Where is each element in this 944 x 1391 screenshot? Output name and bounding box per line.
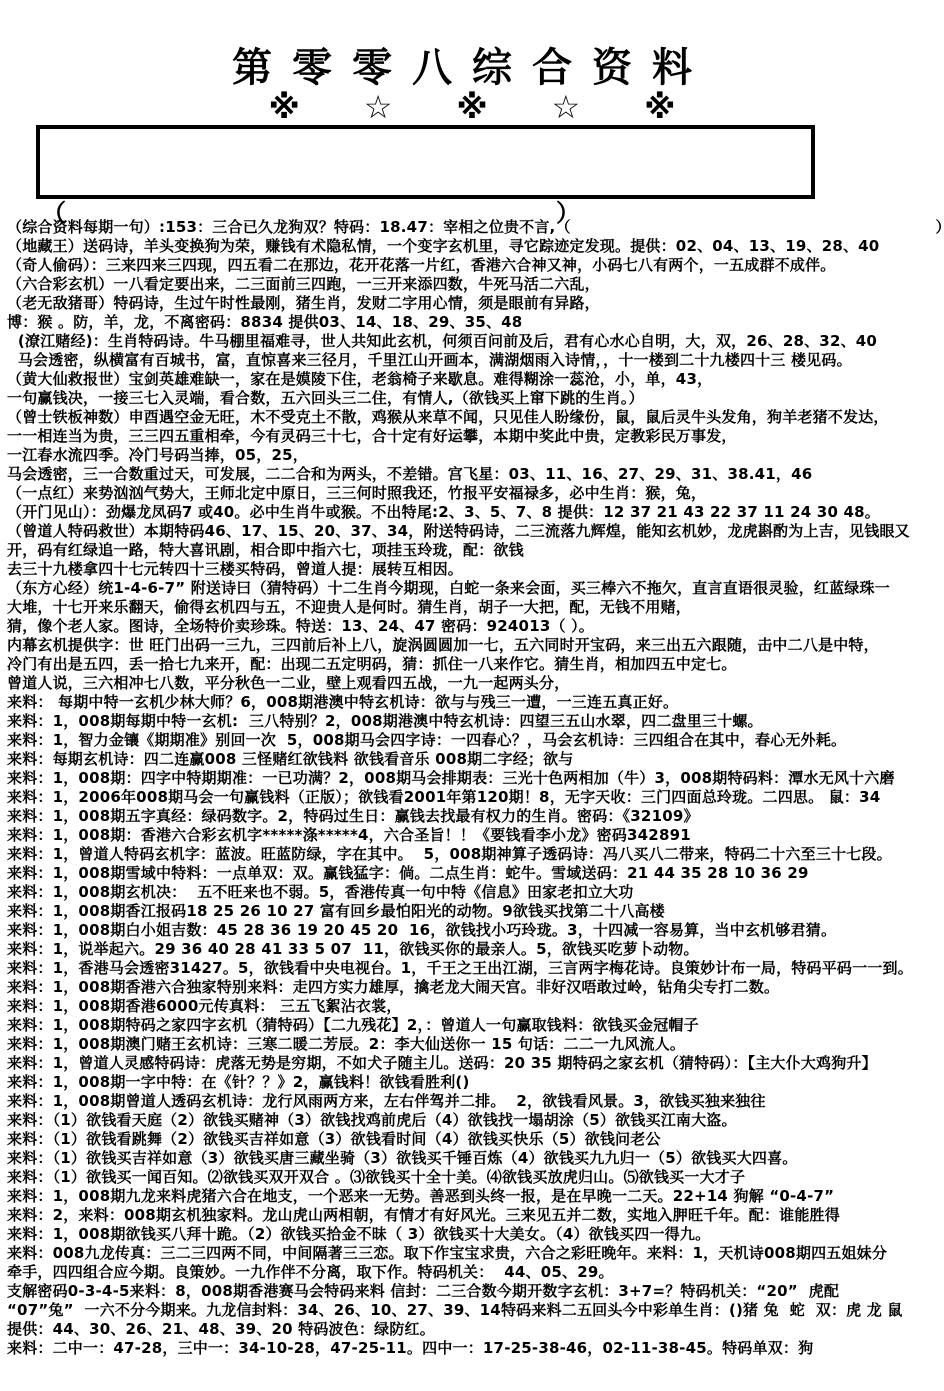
lottery-info-sheet: 第零零八综合资料 ※☆※☆※ （ ） （综合资料每期一句）:153：三合已久龙狗… bbox=[0, 0, 944, 1391]
text-line: 来料：1，008期香港六合独家特别来料：走四方实力雄厚，擒老龙大闹天宫。非好汉唔… bbox=[7, 978, 941, 997]
text-line: 来料：1，008期九龙来料虎猪六合在地支，一个恶来一无势。善恶到头终一报，是在早… bbox=[7, 1187, 941, 1206]
text-line: 来料：1，008期曾道人透码玄机诗：龙行风雨两方来，左右伴驾并二排。 2，欲钱看… bbox=[7, 1092, 941, 1111]
text-line: 来料：1，说举起六。29 36 40 28 41 33 5 07 11，欲钱买你… bbox=[7, 940, 941, 959]
text-line: 来料：1，008期五字真经：绿码数字。2，特码过生日：赢钱去找最有权力的生肖。密… bbox=[7, 807, 941, 826]
text-line: 来料： 每期中特一玄机少林大师？6，008期港澳中特玄机诗：欲与与残三一遭，一三… bbox=[7, 693, 941, 712]
text-line: 来料：1，008期每期中特一玄机: 三八特别？2，008期港澳中特玄机诗：四望三… bbox=[7, 712, 941, 731]
text-line: 开，码有红绿追一路，特大喜讯剧，相合即中指六七，项挂玉玲珑，配：欲钱 bbox=[7, 541, 941, 560]
text-line: 来料：每期玄机诗：四二连赢008 三怪赌红欲钱料 欲钱看音乐 008期二字经；欲… bbox=[7, 750, 941, 769]
text-line: 曾道人说，三六相冲七八数，平分秋色一二业，壁上观看四五战，一九一起两头分， bbox=[7, 674, 941, 693]
text-line: 来料：1，香港马会透密31427。5，欲钱看中央电视台。1，千王之王出江湖，三言… bbox=[7, 959, 941, 978]
content-lines: （综合资料每期一句）:153：三合已久龙狗双？特码：18.47：宰相之位贵不言,… bbox=[7, 218, 941, 1358]
text-line: 来料：二中一：47-28，三中一：34-10-28，47-25-11。四中一：1… bbox=[7, 1339, 941, 1358]
text-line: 提供：44、30、26、21、48、39、20 特码波色：绿防红。 bbox=[7, 1320, 941, 1339]
text-line: 来料：1，008期澳门赌王玄机诗：三寒二暖二芳辰。2：李大仙送你一 15 句话：… bbox=[7, 1035, 941, 1054]
text-line: （综合资料每期一句）:153：三合已久龙狗双？特码：18.47：宰相之位贵不言,… bbox=[7, 218, 941, 237]
text-line: （东方心经）统1-4-6-7” 附送诗曰（猜特码）十二生肖今期现，白蛇一条来会面… bbox=[7, 579, 941, 598]
text-line: （黄大仙救报世）宝剑英雄难缺一，家在是嫫陵下住，老翁椅子来歇息。难得糊涂一蕊沧，… bbox=[7, 370, 941, 389]
text-line: 来料：（1）欲钱买一闻百知。⑵欲钱买双开双合 。⑶欲钱买十全十美。⑷欲钱买放虎归… bbox=[7, 1168, 941, 1187]
text-line: 来料：（1）欲钱看天庭（2）欲钱买赌神（3）欲钱找鸡前虎后（4）欲钱找一塌胡涂（… bbox=[7, 1111, 941, 1130]
text-line: 来料：1，008期：香港六合彩玄机字*****涤*****4，六合圣旨！！《要钱… bbox=[7, 826, 941, 845]
text-line: （曾士铁板神数）申酉遇空金无旺，木不受克土不散，鸡猴从来草不闻，只见佳人盼缘份，… bbox=[7, 408, 941, 427]
text-line: 来料：1，2006年008期马会一句赢钱料（正版）；欲钱看2001年第120期！… bbox=[7, 788, 941, 807]
text-line: 来料：1，智力金镶《期期准》别回一次 5，008期马会四字诗：一四春心？，马会玄… bbox=[7, 731, 941, 750]
text-line: 一句赢钱决，一接三七入灵端，看合数，五六回头三二住，有情人,（欲钱买上窜下跳的生… bbox=[7, 389, 941, 408]
text-line: 支解密码0-3-4-5来料：8，008期香港赛马会特码来料 信封：二三合数今期开… bbox=[7, 1282, 941, 1301]
text-line: 来料：1，008期香江报码18 25 26 10 27 富有回乡最怕阳光的动物。… bbox=[7, 902, 941, 921]
text-line: 去三十九楼拿四十七元转四十三楼买特码，曾道人提：展转互相因。 bbox=[7, 560, 941, 579]
text-line: 一一相连当为贵，三三四五重相牵，今有灵码三十七，合十定有好运攀，本期中奖此中贵，… bbox=[7, 427, 941, 446]
text-line: “07”兔” 一六不分今期来。九龙信封料：34、26、10、27、39、14特码… bbox=[7, 1301, 941, 1320]
text-line: （老无敌猪哥）特码诗，生过午时性最刚，猪生肖，发财二字用心情，须是眼前有异路， bbox=[7, 294, 941, 313]
text-line: 一江春水流四季。冷门号码当捧，05，25， bbox=[7, 446, 941, 465]
text-line: 来料：1，008期雪域中特料：一点单双：双。赢钱猛字：倘。二点生肖：蛇牛。雪域送… bbox=[7, 864, 941, 883]
text-line: （地藏王）送码诗，羊头变换狗为荣，赚钱有术隐私情，一个变字玄机里，寻它踪迹定发现… bbox=[7, 237, 941, 256]
text-line: 马会透密，三一合数重过天，可发展，二二合和为两头，不差错。宫飞星：03、11、1… bbox=[7, 465, 941, 484]
text-line: 来料：2，来料：008期玄机独家料。龙山虎山两相朝，有情才有好风光。三来见五并二… bbox=[7, 1206, 941, 1225]
page-title: 第零零八综合资料 bbox=[0, 36, 944, 93]
text-line: 来料：1，008期：四字中特期期准：一已功满？2，008期马会排期表：三光十色两… bbox=[7, 769, 941, 788]
text-line: 来料：1，008期一字中特：在《针？？》2，赢钱料！欲钱看胜利() bbox=[7, 1073, 941, 1092]
text-line: 猜，像个老人家。图诗，全场特价卖珍珠。特送：13、24、47 密码：924013… bbox=[7, 617, 941, 636]
text-line: 来料：1，曾道人特码玄机字：蓝波。旺蓝防绿，字在其中。 5，008期神算子透码诗… bbox=[7, 845, 941, 864]
text-line: 来料：1，008期特码之家四字玄机（猜特码）【二九残花】2，：曾道人一句赢取钱料… bbox=[7, 1016, 941, 1035]
star-asterisk-decoration: ※☆※☆※ bbox=[0, 88, 944, 126]
text-line: 冷门有出是五四，丢一拾七九来开，配：出现二五定明码，猜：抓住一八来作它。猜生肖，… bbox=[7, 655, 941, 674]
text-line: （奇人偷码）：三来四来三四现，四五看二在那边，花开花落一片红，香港六合神又神，小… bbox=[7, 256, 941, 275]
text-line: 博：猴 。防，羊，龙，不离密码：8834 提供03、14、18、29、35、48 bbox=[7, 313, 941, 332]
text-line: 牵手，四四组合应今期。良策妙。一九作伴不分离，取下作。特码机关： 44、05、2… bbox=[7, 1263, 941, 1282]
text-line: （开门见山）：劲爆龙凤码7 或40。必中生肖牛或猴。不出特尾:2、3、5、7、8… bbox=[7, 503, 941, 522]
text-line: 来料：（1）欲钱买吉祥如意（3）欲钱买唐三藏坐骑（3）欲钱买千锤百炼（4）欲钱买… bbox=[7, 1149, 941, 1168]
text-line: 来料：008九龙传真：三二三四两不同，中间隔著三三恋。取下作宝宝求贵，六合之彩旺… bbox=[7, 1244, 941, 1263]
text-line: 马会透密，纵横富有百城书，富，直惊喜来三径月，千里江山开画本，满湖烟雨入诗情，，… bbox=[7, 351, 941, 370]
text-line: （一点红）来势汹汹气势大，王师北定中原日，三三何时照我还，竹报平安福禄多，必中生… bbox=[7, 484, 941, 503]
text-line: (潦江赌经)：生肖特码诗。牛马棚里福难寻，世人共知此玄机，何须百问前及后，君有心… bbox=[7, 332, 941, 351]
text-line: 来料：1，008期香港6000元传真料： 三五飞絮沾衣裳， bbox=[7, 997, 941, 1016]
text-line: （六合彩玄机）一八看定要出来，二三面前三四跑，一三开来添四数，牛死马活二六乱， bbox=[7, 275, 941, 294]
blank-box bbox=[36, 125, 815, 199]
text-line: 来料：1，008期白小姐吉数：45 28 36 19 20 45 20 16，欲… bbox=[7, 921, 941, 940]
text-line: （曾道人特码救世）本期特码46、17、15、20、37、34，附送特码诗，二三流… bbox=[7, 522, 941, 541]
text-line: 来料：1，008期欲钱买八拜十跪。（2）欲钱买拾金不昧（ 3）欲钱买十大美女。（… bbox=[7, 1225, 941, 1244]
text-line: 来料：1，曾道人灵感特码诗：虎落无势是穷期，不如犬子随主儿。送码：20 35 期… bbox=[7, 1054, 941, 1073]
text-line: 内幕玄机提供字：世 旺门出码一三九，三四前后补上八，旋涡圆圆加一七，五六同时开宝… bbox=[7, 636, 941, 655]
text-line: 来料：1，008期玄机决： 五不旺来也不弱。5，香港传真一句中特《信息》田家老扣… bbox=[7, 883, 941, 902]
text-line: 来料：（1）欲钱看跳舞（2）欲钱买吉祥如意（3）欲钱看时间（4）欲钱买快乐（5）… bbox=[7, 1130, 941, 1149]
text-line: 大堆，十七开来乐翻天，偷得玄机四与五，不迎贵人是何时。猜生肖，胡子一大把，配，无… bbox=[7, 598, 941, 617]
